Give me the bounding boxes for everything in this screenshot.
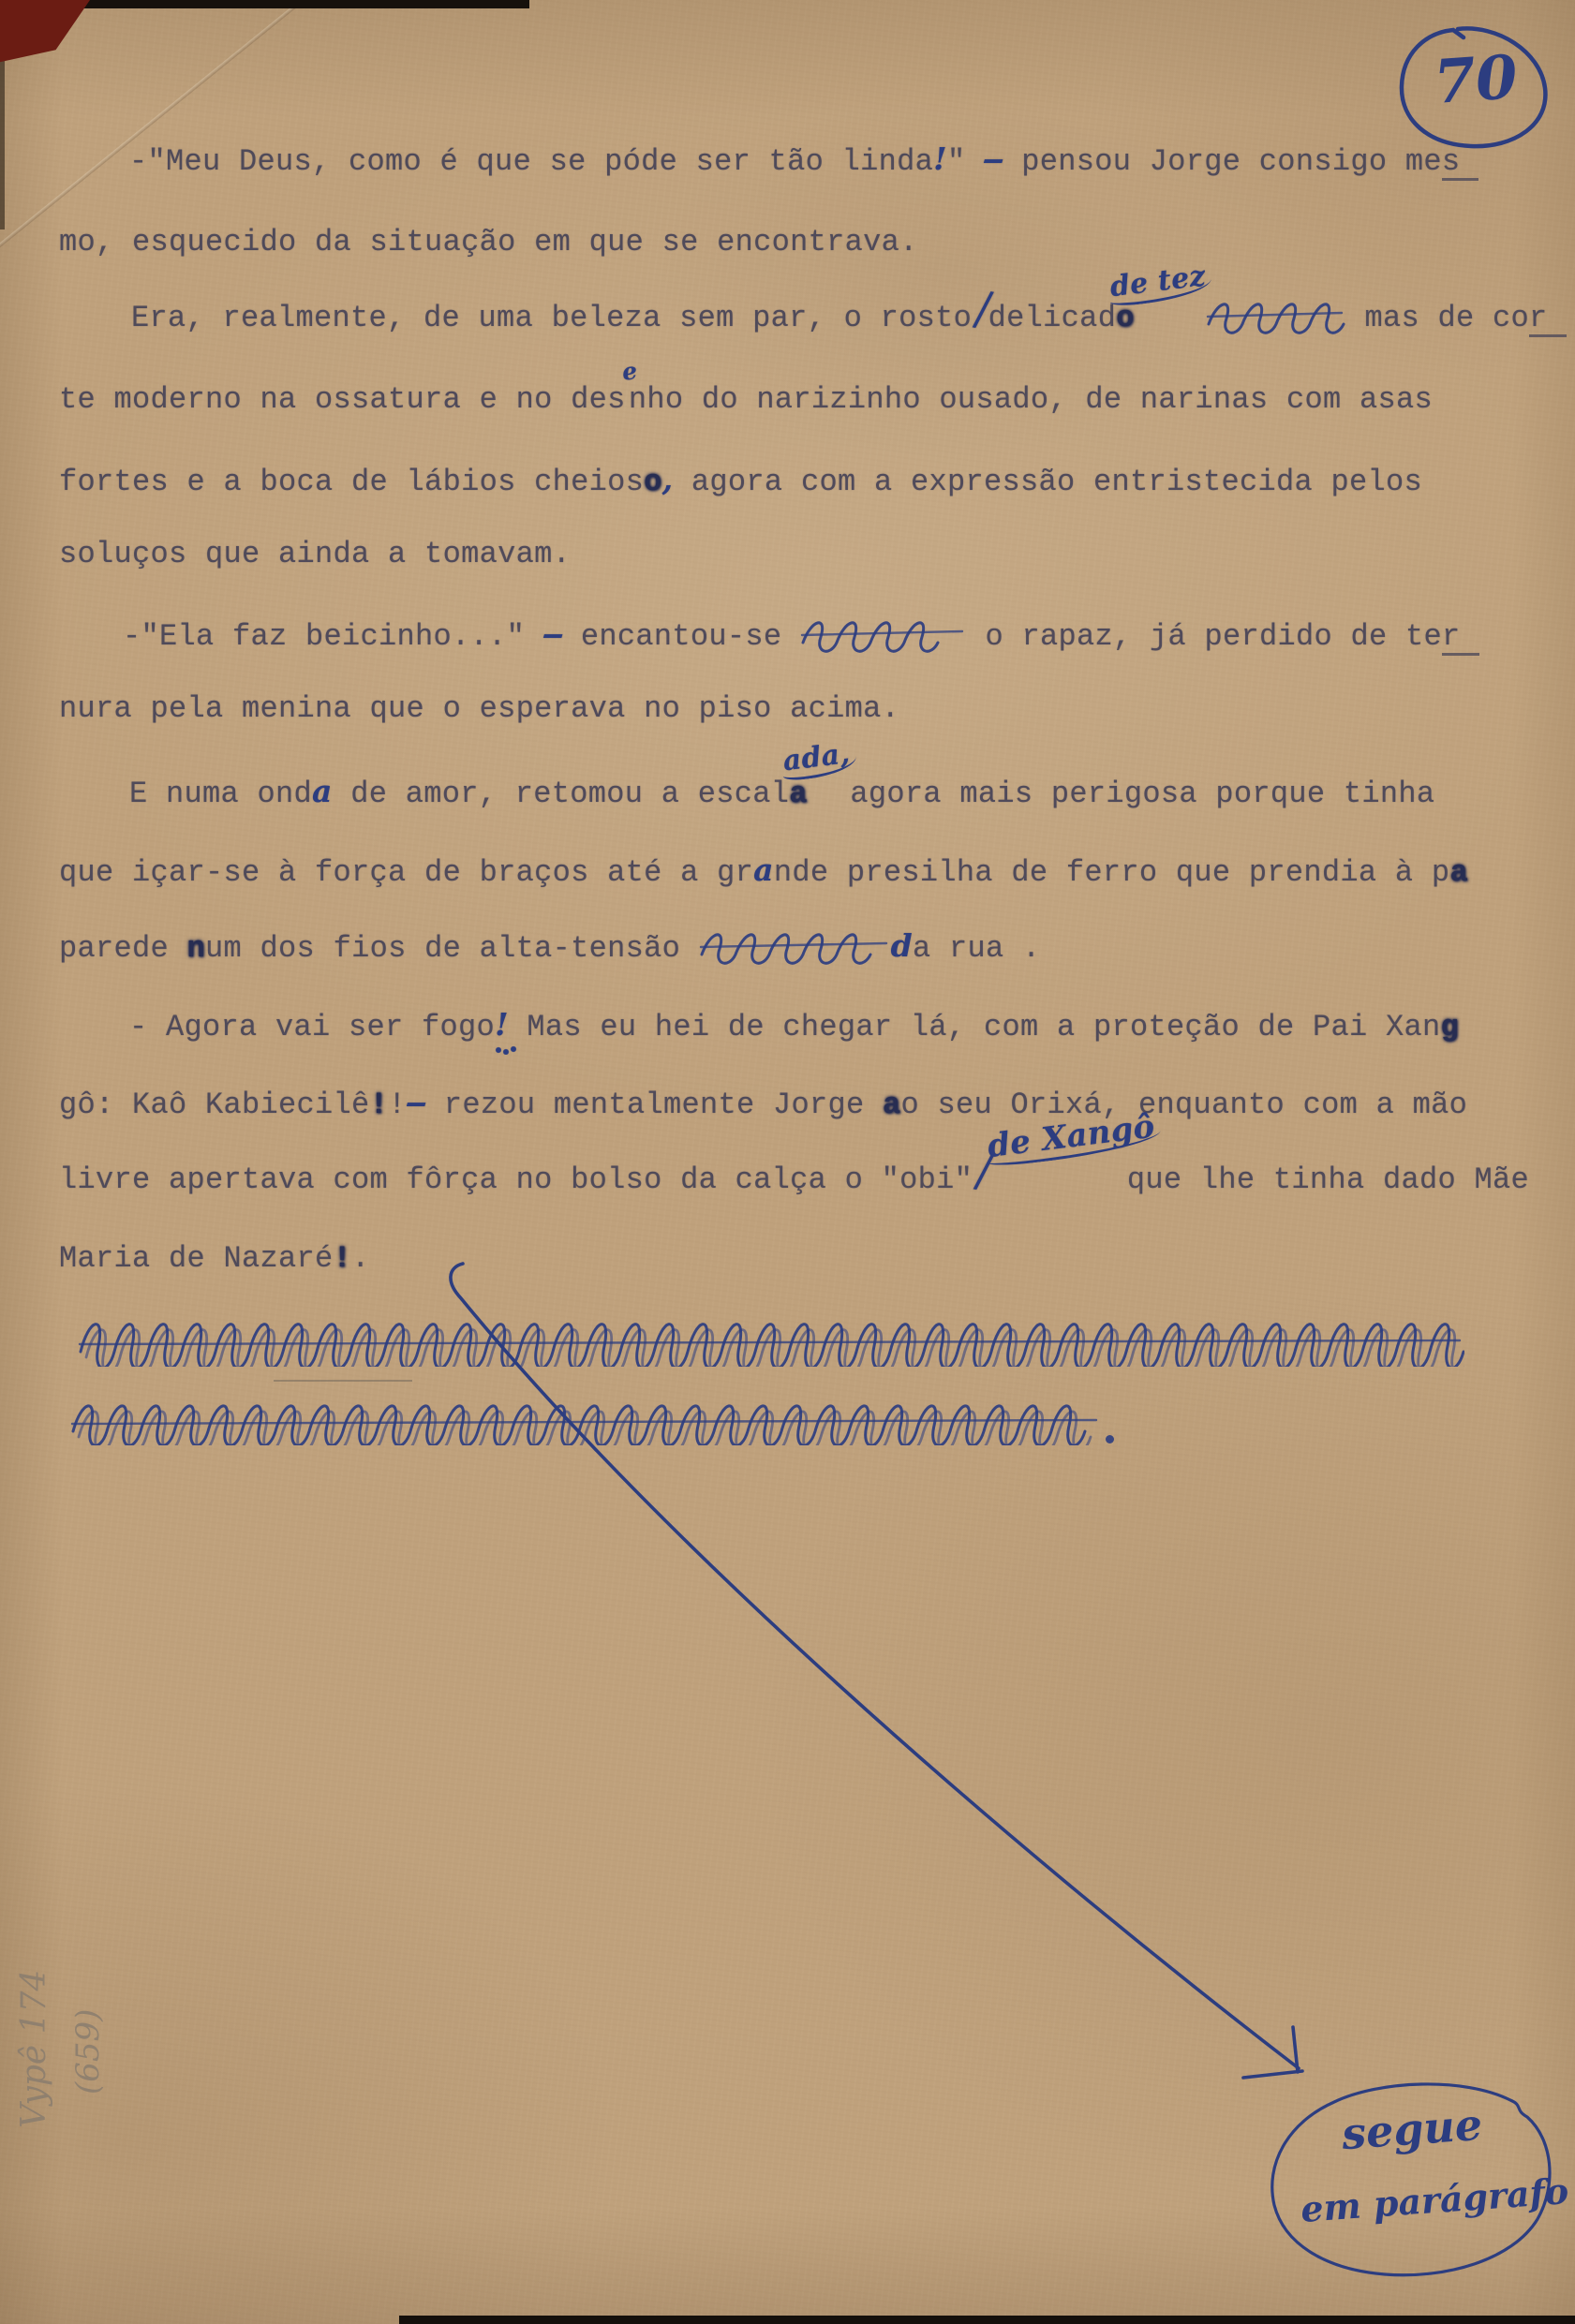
typed-text: agora mais perigosa porque tinha: [850, 777, 1434, 811]
typed-text: nde presilha de ferro que prendia à p: [774, 855, 1450, 890]
inked-over-character: n: [187, 931, 206, 966]
typed-text: gô: Kaô Kabiecilê: [59, 1088, 370, 1122]
insertion-arrow: [451, 1264, 1302, 2078]
typed-text: soluços que ainda a tomavam.: [59, 537, 571, 571]
scribble-strikeout: [78, 1316, 1464, 1367]
typed-line-15: Maria de Nazaré!.: [59, 1239, 370, 1279]
arrowhead-icon: [1243, 2027, 1302, 2078]
typed-text-underscored: r: [1529, 303, 1567, 337]
typed-line-6: soluços que ainda a tomavam.: [59, 535, 571, 574]
typed-line-10: que içar-se à força de braços até a gran…: [59, 851, 1468, 893]
scratched-out-line: [70, 1399, 1101, 1445]
scan-edge-bottom: [399, 2316, 1575, 2324]
typed-text: - Agora vai ser fogo: [129, 1010, 495, 1044]
typed-text: E numa ond: [129, 777, 312, 811]
margin-note-vertical-1: Vypê 174: [15, 1970, 53, 2128]
typed-line-12: - Agora vai ser fogo! Mas eu hei de cheg…: [129, 1005, 1459, 1047]
scribble-strikeout: [1206, 299, 1346, 334]
typed-text: mo, esquecido da situação em que se enco…: [59, 225, 918, 259]
typed-text: fortes e a boca de lábios cheios: [59, 465, 644, 499]
typed-text: que içar-se à força de braços até a gr: [59, 855, 753, 890]
typed-text: de amor, retomou a escal: [333, 777, 790, 811]
inked-over-character: !: [334, 1241, 352, 1276]
typed-line-9: E numa onda de amor, retomou a escalaada…: [129, 772, 1434, 814]
typed-text: pensou Jorge consigo me: [1003, 144, 1442, 179]
typed-text: mas de co: [1346, 301, 1529, 335]
pen-interline-insertion: e: [620, 359, 638, 384]
typed-text: -"Meu Deus, como é que se póde ser tão l…: [129, 144, 933, 179]
pen-interline-insertion: ada,: [780, 739, 857, 781]
scribble-strikeout: [800, 617, 967, 653]
typed-text: que lhe tinha dado Mãe: [1127, 1162, 1529, 1197]
pen-correction: ,: [662, 461, 674, 497]
corner-red-tape: [0, 0, 90, 67]
typed-line-13: gô: Kaô Kabiecilê!!– rezou mentalmente J…: [59, 1083, 1467, 1125]
typed-text: o seu Orixá, enquanto com a mão: [901, 1088, 1468, 1122]
pen-correction: d: [891, 927, 913, 964]
typed-text: livre apertava com fôrça no bolso da cal…: [59, 1162, 973, 1197]
typed-line-8: nura pela menina que o esperava no piso …: [59, 689, 899, 729]
scribble-strikeout: [70, 1399, 1101, 1445]
typed-line-7: -"Ela faz beicinho..." – encantou-se o r…: [123, 614, 1461, 657]
typed-line-11: parede num dos fios de alta-tensão da ru…: [59, 926, 1041, 969]
typed-text: parede: [59, 931, 187, 966]
inked-over-character: o: [644, 465, 662, 499]
inked-over-character: g: [1441, 1010, 1460, 1044]
typed-line-5: fortes e a boca de lábios cheioso, agora…: [59, 460, 1422, 502]
faint-pencil-mark: [274, 1380, 412, 1382]
typed-line-3: Era, realmente, de uma beleza sem par, o…: [131, 299, 1548, 338]
typed-text: te moderno na ossatura e no des: [59, 382, 626, 417]
typed-line-2: mo, esquecido da situação em que se enco…: [59, 223, 918, 262]
typed-text: !: [388, 1088, 407, 1122]
scribble-period-dot: [1106, 1435, 1114, 1443]
inked-over-character: a: [883, 1088, 901, 1122]
typed-text: encantou-se: [562, 619, 800, 654]
bottom-note-line2: em parágrafo: [1300, 2169, 1570, 2230]
typed-text: um dos fios de alta-tensão: [205, 931, 699, 966]
manuscript-page-scan: -"Meu Deus, como é que se póde ser tão l…: [0, 0, 1575, 2324]
typed-text: ": [947, 144, 984, 179]
pen-dash: –: [541, 614, 564, 654]
pen-correction: !: [933, 141, 947, 177]
typed-text-underscored: s: [1442, 146, 1479, 181]
pen-interline-insertion: de tez: [1107, 261, 1213, 307]
pen-correction: a: [312, 773, 333, 809]
typed-text: -"Ela faz beicinho...": [123, 619, 543, 654]
typed-line-14: livre apertava com fôrça no bolso da cal…: [59, 1161, 1529, 1200]
typed-text: a rua .: [913, 931, 1041, 966]
pen-exclamation: !: [495, 1006, 509, 1043]
typed-text: nura pela menina que o esperava no piso …: [59, 691, 899, 726]
margin-note-vertical-2: (659): [69, 2009, 107, 2095]
pen-dash: –: [404, 1083, 427, 1122]
typed-text: agora com a expressão entristecida pelos: [673, 465, 1422, 499]
typed-text: o rapaz, já perdido de te: [967, 619, 1442, 654]
bottom-note-line1: segue: [1340, 2099, 1483, 2159]
pen-dash: –: [982, 140, 1005, 179]
typed-text: Maria de Nazaré: [59, 1241, 334, 1276]
inked-over-character: o: [1116, 301, 1135, 335]
inked-over-character: !: [370, 1088, 389, 1122]
page-number: 70: [1408, 40, 1544, 120]
typed-line-1: -"Meu Deus, como é que se póde ser tão l…: [129, 140, 1460, 182]
typed-text: delicad: [988, 301, 1117, 335]
typed-text: .: [351, 1241, 370, 1276]
typed-text: rezou mentalmente Jorge: [425, 1088, 883, 1122]
inked-over-character: a: [1449, 855, 1468, 890]
scratched-out-line: [78, 1316, 1464, 1367]
inked-over-character: a: [789, 777, 808, 811]
typed-text: Mas eu hei de chegar lá, com a proteção …: [509, 1010, 1441, 1044]
typed-text: nho do narizinho ousado, de narinas com …: [629, 382, 1433, 417]
scribble-strikeout: [699, 929, 891, 965]
pen-correction: a: [753, 851, 774, 888]
typed-text: Era, realmente, de uma beleza sem par, o…: [131, 301, 972, 335]
typed-line-4: te moderno na ossatura e no desenho do n…: [59, 380, 1433, 420]
typed-text-underscored: r: [1442, 621, 1479, 656]
